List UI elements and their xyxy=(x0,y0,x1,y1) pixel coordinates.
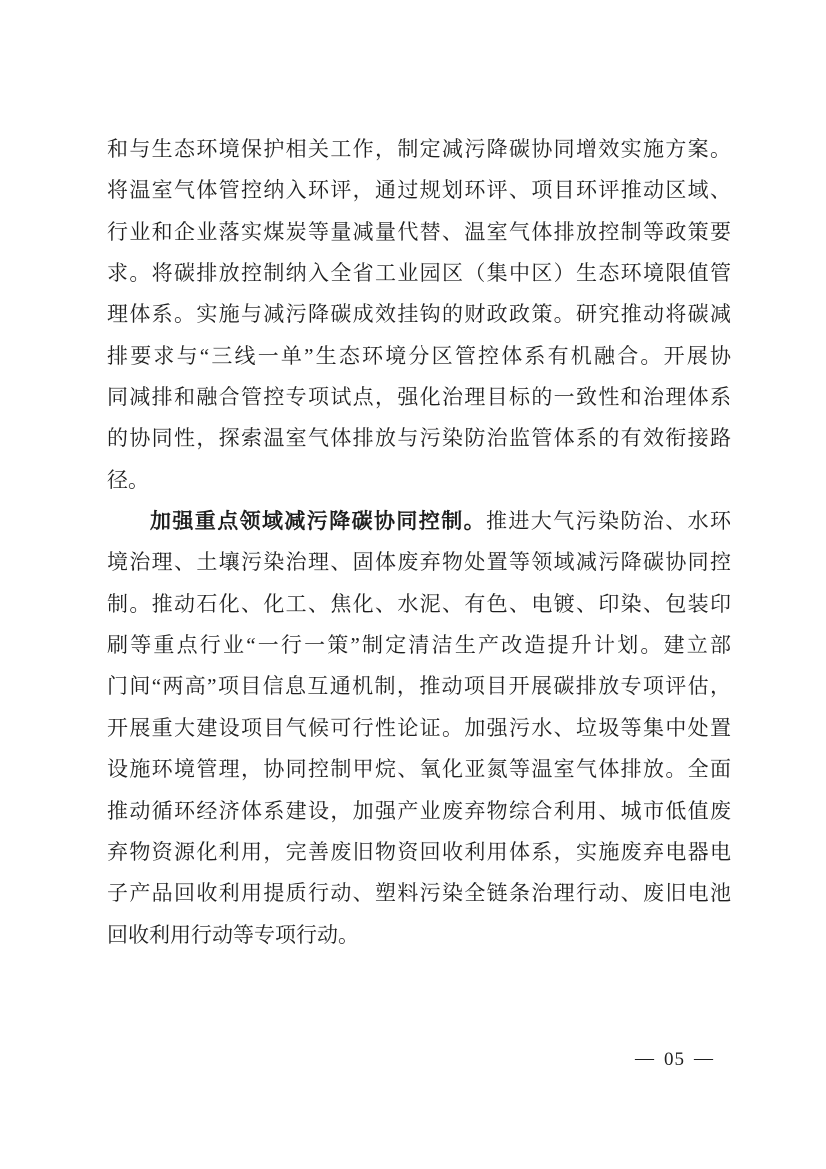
text-line: 排要求与“三线一单”生态环境分区管控体系有机融合。开展协 xyxy=(107,336,731,377)
footer-dash-left: — xyxy=(635,1045,655,1073)
text-line: 回收利用行动等专项行动。 xyxy=(107,915,731,956)
text-line: 开展重大建设项目气候可行性论证。加强污水、垃圾等集中处置 xyxy=(107,708,731,749)
page-footer: — 05 — xyxy=(635,1046,714,1074)
text-line: 的协同性，探索温室气体排放与污染防治监管体系的有效衔接路 xyxy=(107,418,731,459)
text-line: 将温室气体管控纳入环评，通过规划环评、项目环评推动区域、 xyxy=(107,170,731,211)
text-run: 推进大气污染防治、水环 xyxy=(486,509,731,533)
document-body: 和与生态环境保护相关工作，制定减污降碳协同增效实施方案。 将温室气体管控纳入环评… xyxy=(107,129,731,956)
text-line: 加强重点领域减污降碳协同控制。推进大气污染防治、水环 xyxy=(107,501,731,542)
text-line: 刷等重点行业“一行一策”制定清洁生产改造提升计划。建立部 xyxy=(107,625,731,666)
footer-dash-right: — xyxy=(694,1045,714,1073)
text-line: 子产品回收利用提质行动、塑料污染全链条治理行动、废旧电池 xyxy=(107,873,731,914)
text-line: 制。推动石化、化工、焦化、水泥、有色、电镀、印染、包装印 xyxy=(107,584,731,625)
text-line: 求。将碳排放控制纳入全省工业园区（集中区）生态环境限值管 xyxy=(107,253,731,294)
document-page: 和与生态环境保护相关工作，制定减污降碳协同增效实施方案。 将温室气体管控纳入环评… xyxy=(0,0,826,1169)
text-line: 推动循环经济体系建设，加强产业废弃物综合利用、城市低值废 xyxy=(107,791,731,832)
text-line: 径。 xyxy=(107,460,731,501)
page-number: 05 xyxy=(664,1046,685,1074)
text-line: 理体系。实施与减污降碳成效挂钩的财政政策。研究推动将碳减 xyxy=(107,294,731,335)
text-line: 行业和企业落实煤炭等量减量代替、温室气体排放控制等政策要 xyxy=(107,212,731,253)
text-line: 和与生态环境保护相关工作，制定减污降碳协同增效实施方案。 xyxy=(107,129,731,170)
text-line: 境治理、土壤污染治理、固体废弃物处置等领域减污降碳协同控 xyxy=(107,542,731,583)
text-line: 同减排和融合管控专项试点，强化治理目标的一致性和治理体系 xyxy=(107,377,731,418)
text-line: 设施环境管理，协同控制甲烷、氧化亚氮等温室气体排放。全面 xyxy=(107,749,731,790)
paragraph-heading: 加强重点领域减污降碳协同控制。 xyxy=(150,509,486,533)
paragraph-1: 和与生态环境保护相关工作，制定减污降碳协同增效实施方案。 将温室气体管控纳入环评… xyxy=(107,129,731,501)
paragraph-2: 加强重点领域减污降碳协同控制。推进大气污染防治、水环 境治理、土壤污染治理、固体… xyxy=(107,501,731,956)
text-line: 弃物资源化利用，完善废旧物资回收利用体系，实施废弃电器电 xyxy=(107,832,731,873)
text-line: 门间“两高”项目信息互通机制，推动项目开展碳排放专项评估， xyxy=(107,666,731,707)
